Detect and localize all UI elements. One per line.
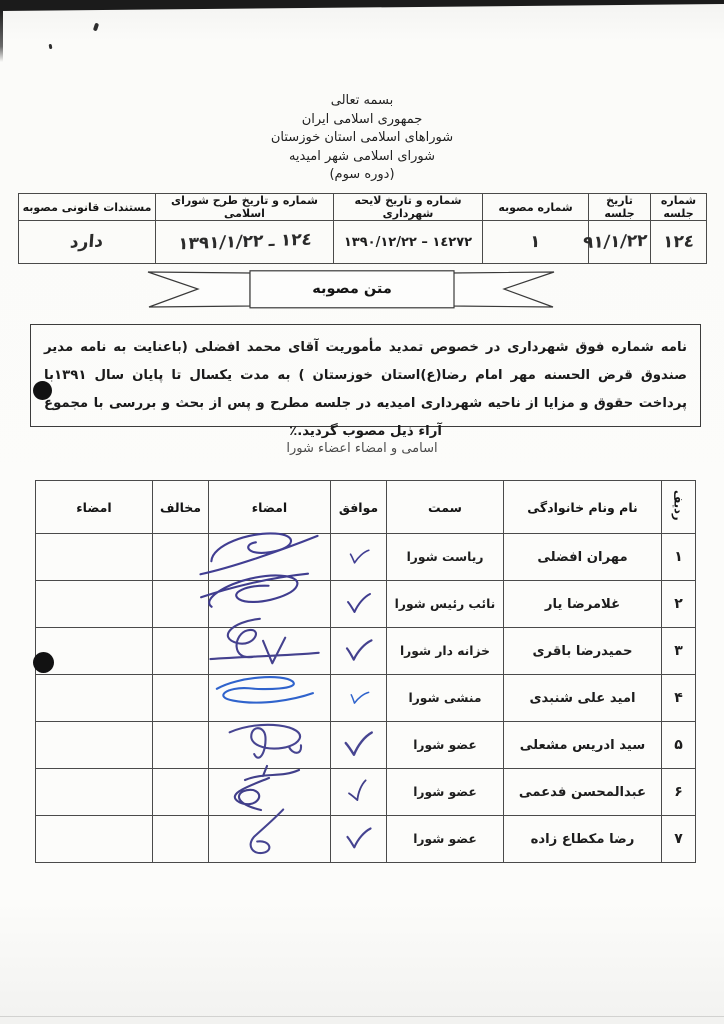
member-name: حمیدرضا باقری <box>504 628 662 675</box>
member-name: رضا مکطاع زاده <box>504 816 662 863</box>
member-row-number: ۱ <box>662 534 696 581</box>
member-row-number: ۴ <box>662 675 696 722</box>
signature2-cell <box>36 769 153 816</box>
member-row: ۷رضا مکطاع زادهعضو شورا <box>36 816 696 863</box>
signature-scribble <box>198 671 329 725</box>
hole-punch <box>33 652 54 673</box>
member-row: ۶عبدالمحسن فدعمیعضو شورا <box>36 769 696 816</box>
agree-cell <box>331 769 387 816</box>
info-value-cell: ۹۱/۱/۲۲ <box>589 221 651 264</box>
scan-edge-top <box>0 0 724 14</box>
info-value-cell: ١٤٢٧٢ – ۱۳۹۰/۱۲/۲۲ <box>334 221 483 264</box>
agree-cell <box>331 628 387 675</box>
member-position: ریاست شورا <box>387 534 504 581</box>
info-header-cell: شماره و تاریخ لایحه شهرداری <box>334 194 483 221</box>
document-header: بسمه تعالی جمهوری اسلامی ایران شوراهای ا… <box>0 92 724 185</box>
info-table: شماره جلسهتاریخ جلسهشماره مصوبهشماره و ت… <box>18 193 707 264</box>
agree-cell <box>331 675 387 722</box>
col-header-signature: امضاء <box>209 481 331 534</box>
member-name: عبدالمحسن فدعمی <box>504 769 662 816</box>
info-value-cell: ١٢٤ ـ ۱۳۹۱/۱/۲۲ <box>156 221 334 264</box>
document-page: بسمه تعالی جمهوری اسلامی ایران شوراهای ا… <box>0 0 724 1024</box>
members-table: ردیف نام ونام خانوادگی سمت موافق امضاء م… <box>35 480 696 863</box>
agree-cell <box>331 816 387 863</box>
against-cell <box>153 675 209 722</box>
against-cell <box>153 628 209 675</box>
approve-checkmark <box>347 546 370 568</box>
signature2-cell <box>36 581 153 628</box>
member-position: عضو شورا <box>387 816 504 863</box>
col-header-signature2: امضاء <box>36 481 153 534</box>
bismillah-line: بسمه تعالی <box>0 92 724 111</box>
member-name: سید ادریس مشعلی <box>504 722 662 769</box>
scan-edge-bottom <box>0 1016 724 1017</box>
col-header-row-number: ردیف <box>662 481 696 534</box>
approve-checkmark <box>345 826 372 851</box>
col-header-position: سمت <box>387 481 504 534</box>
signature2-cell <box>36 722 153 769</box>
signature-scribble <box>205 762 335 814</box>
signature-scribble <box>201 713 334 774</box>
member-row: ۲غلامرضا یارنائب رئیس شورا <box>36 581 696 628</box>
info-header-cell: مستندات قانونی مصوبه <box>19 194 156 221</box>
handwritten-value: ۹۱/۱/۲۲ <box>582 231 648 253</box>
section-title: اسامی و امضاء اعضاء شورا <box>0 441 724 456</box>
info-header-cell: شماره مصوبه <box>483 194 589 221</box>
agree-cell <box>331 534 387 581</box>
resolution-box: نامه شماره فوق شهرداری در خصوص تمدید مأم… <box>30 324 701 427</box>
col-header-against: مخالف <box>153 481 209 534</box>
col-header-name: نام ونام خانوادگی <box>504 481 662 534</box>
against-cell <box>153 816 209 863</box>
handwritten-value: ١٢٤ ـ ۱۳۹۱/۱/۲۲ <box>177 230 312 255</box>
province-line: شوراهای اسلامی استان خوزستان <box>0 129 724 148</box>
signature-cell <box>209 769 331 816</box>
member-position: نائب رئیس شورا <box>387 581 504 628</box>
against-cell <box>153 581 209 628</box>
signature-scribble <box>192 523 326 586</box>
member-row-number: ۵ <box>662 722 696 769</box>
approve-checkmark <box>344 778 373 806</box>
against-cell <box>153 769 209 816</box>
member-position: خزانه دار شورا <box>387 628 504 675</box>
handwritten-value: ١٢٤ <box>662 231 695 252</box>
signature2-cell <box>36 628 153 675</box>
info-value-row: ١٢٤۹۱/۱/۲۲۱١٤٢٧٢ – ۱۳۹۰/۱۲/۲۲١٢٤ ـ ۱۳۹۱/… <box>19 221 707 264</box>
member-row-number: ۲ <box>662 581 696 628</box>
col-header-agree: موافق <box>331 481 387 534</box>
member-position: عضو شورا <box>387 722 504 769</box>
country-line: جمهوری اسلامی ایران <box>0 111 724 130</box>
member-name: امید علی شنبدی <box>504 675 662 722</box>
info-header-cell: شماره جلسه <box>651 194 707 221</box>
term-line: (دوره سوم) <box>0 166 724 185</box>
signature-cell <box>209 816 331 863</box>
approve-checkmark <box>347 687 370 709</box>
signature2-cell <box>36 675 153 722</box>
resolution-text: نامه شماره فوق شهرداری در خصوص تمدید مأم… <box>44 334 687 446</box>
signature-cell <box>209 534 331 581</box>
scan-speck <box>49 44 53 49</box>
member-row-number: ۶ <box>662 769 696 816</box>
handwritten-value: ۱ <box>530 232 542 252</box>
members-header-row: ردیف نام ونام خانوادگی سمت موافق امضاء م… <box>36 481 696 534</box>
member-position: عضو شورا <box>387 769 504 816</box>
info-header-cell: شماره و تاریخ طرح شورای اسلامی <box>156 194 334 221</box>
signature-cell <box>209 675 331 722</box>
agree-cell <box>331 581 387 628</box>
member-row: ۵سید ادریس مشعلیعضو شورا <box>36 722 696 769</box>
signature-cell <box>209 722 331 769</box>
info-header-row: شماره جلسهتاریخ جلسهشماره مصوبهشماره و ت… <box>19 194 707 221</box>
member-row: ۴امید علی شنبدیمنشی شورا <box>36 675 696 722</box>
handwritten-value: دارد <box>70 231 104 252</box>
member-position: منشی شورا <box>387 675 504 722</box>
info-value-cell: ۱ <box>483 221 589 264</box>
scan-speck <box>93 23 99 32</box>
scan-edge-left <box>0 10 3 62</box>
signature-cell <box>209 581 331 628</box>
member-row: ۱مهران افضلیریاست شورا <box>36 534 696 581</box>
against-cell <box>153 534 209 581</box>
signature2-cell <box>36 534 153 581</box>
member-name: غلامرضا یار <box>504 581 662 628</box>
against-cell <box>153 722 209 769</box>
banner-title: متن مصوبه <box>250 270 454 308</box>
approve-checkmark <box>342 730 374 760</box>
approve-checkmark <box>346 592 372 616</box>
member-row: ۳حمیدرضا باقریخزانه دار شورا <box>36 628 696 675</box>
member-row-number: ۷ <box>662 816 696 863</box>
approve-checkmark <box>344 637 374 664</box>
printed-value: ١٤٢٧٢ – ۱۳۹۰/۱۲/۲۲ <box>344 235 472 250</box>
member-name: مهران افضلی <box>504 534 662 581</box>
agree-cell <box>331 722 387 769</box>
info-value-cell: دارد <box>19 221 156 264</box>
city-council-line: شورای اسلامی شهر امیدیه <box>0 148 724 167</box>
ribbon-banner: متن مصوبه <box>146 270 556 310</box>
signature-cell <box>209 628 331 675</box>
signature2-cell <box>36 816 153 863</box>
member-row-number: ۳ <box>662 628 696 675</box>
hole-punch <box>33 381 52 400</box>
info-value-cell: ١٢٤ <box>651 221 707 264</box>
info-header-cell: تاریخ جلسه <box>589 194 651 221</box>
